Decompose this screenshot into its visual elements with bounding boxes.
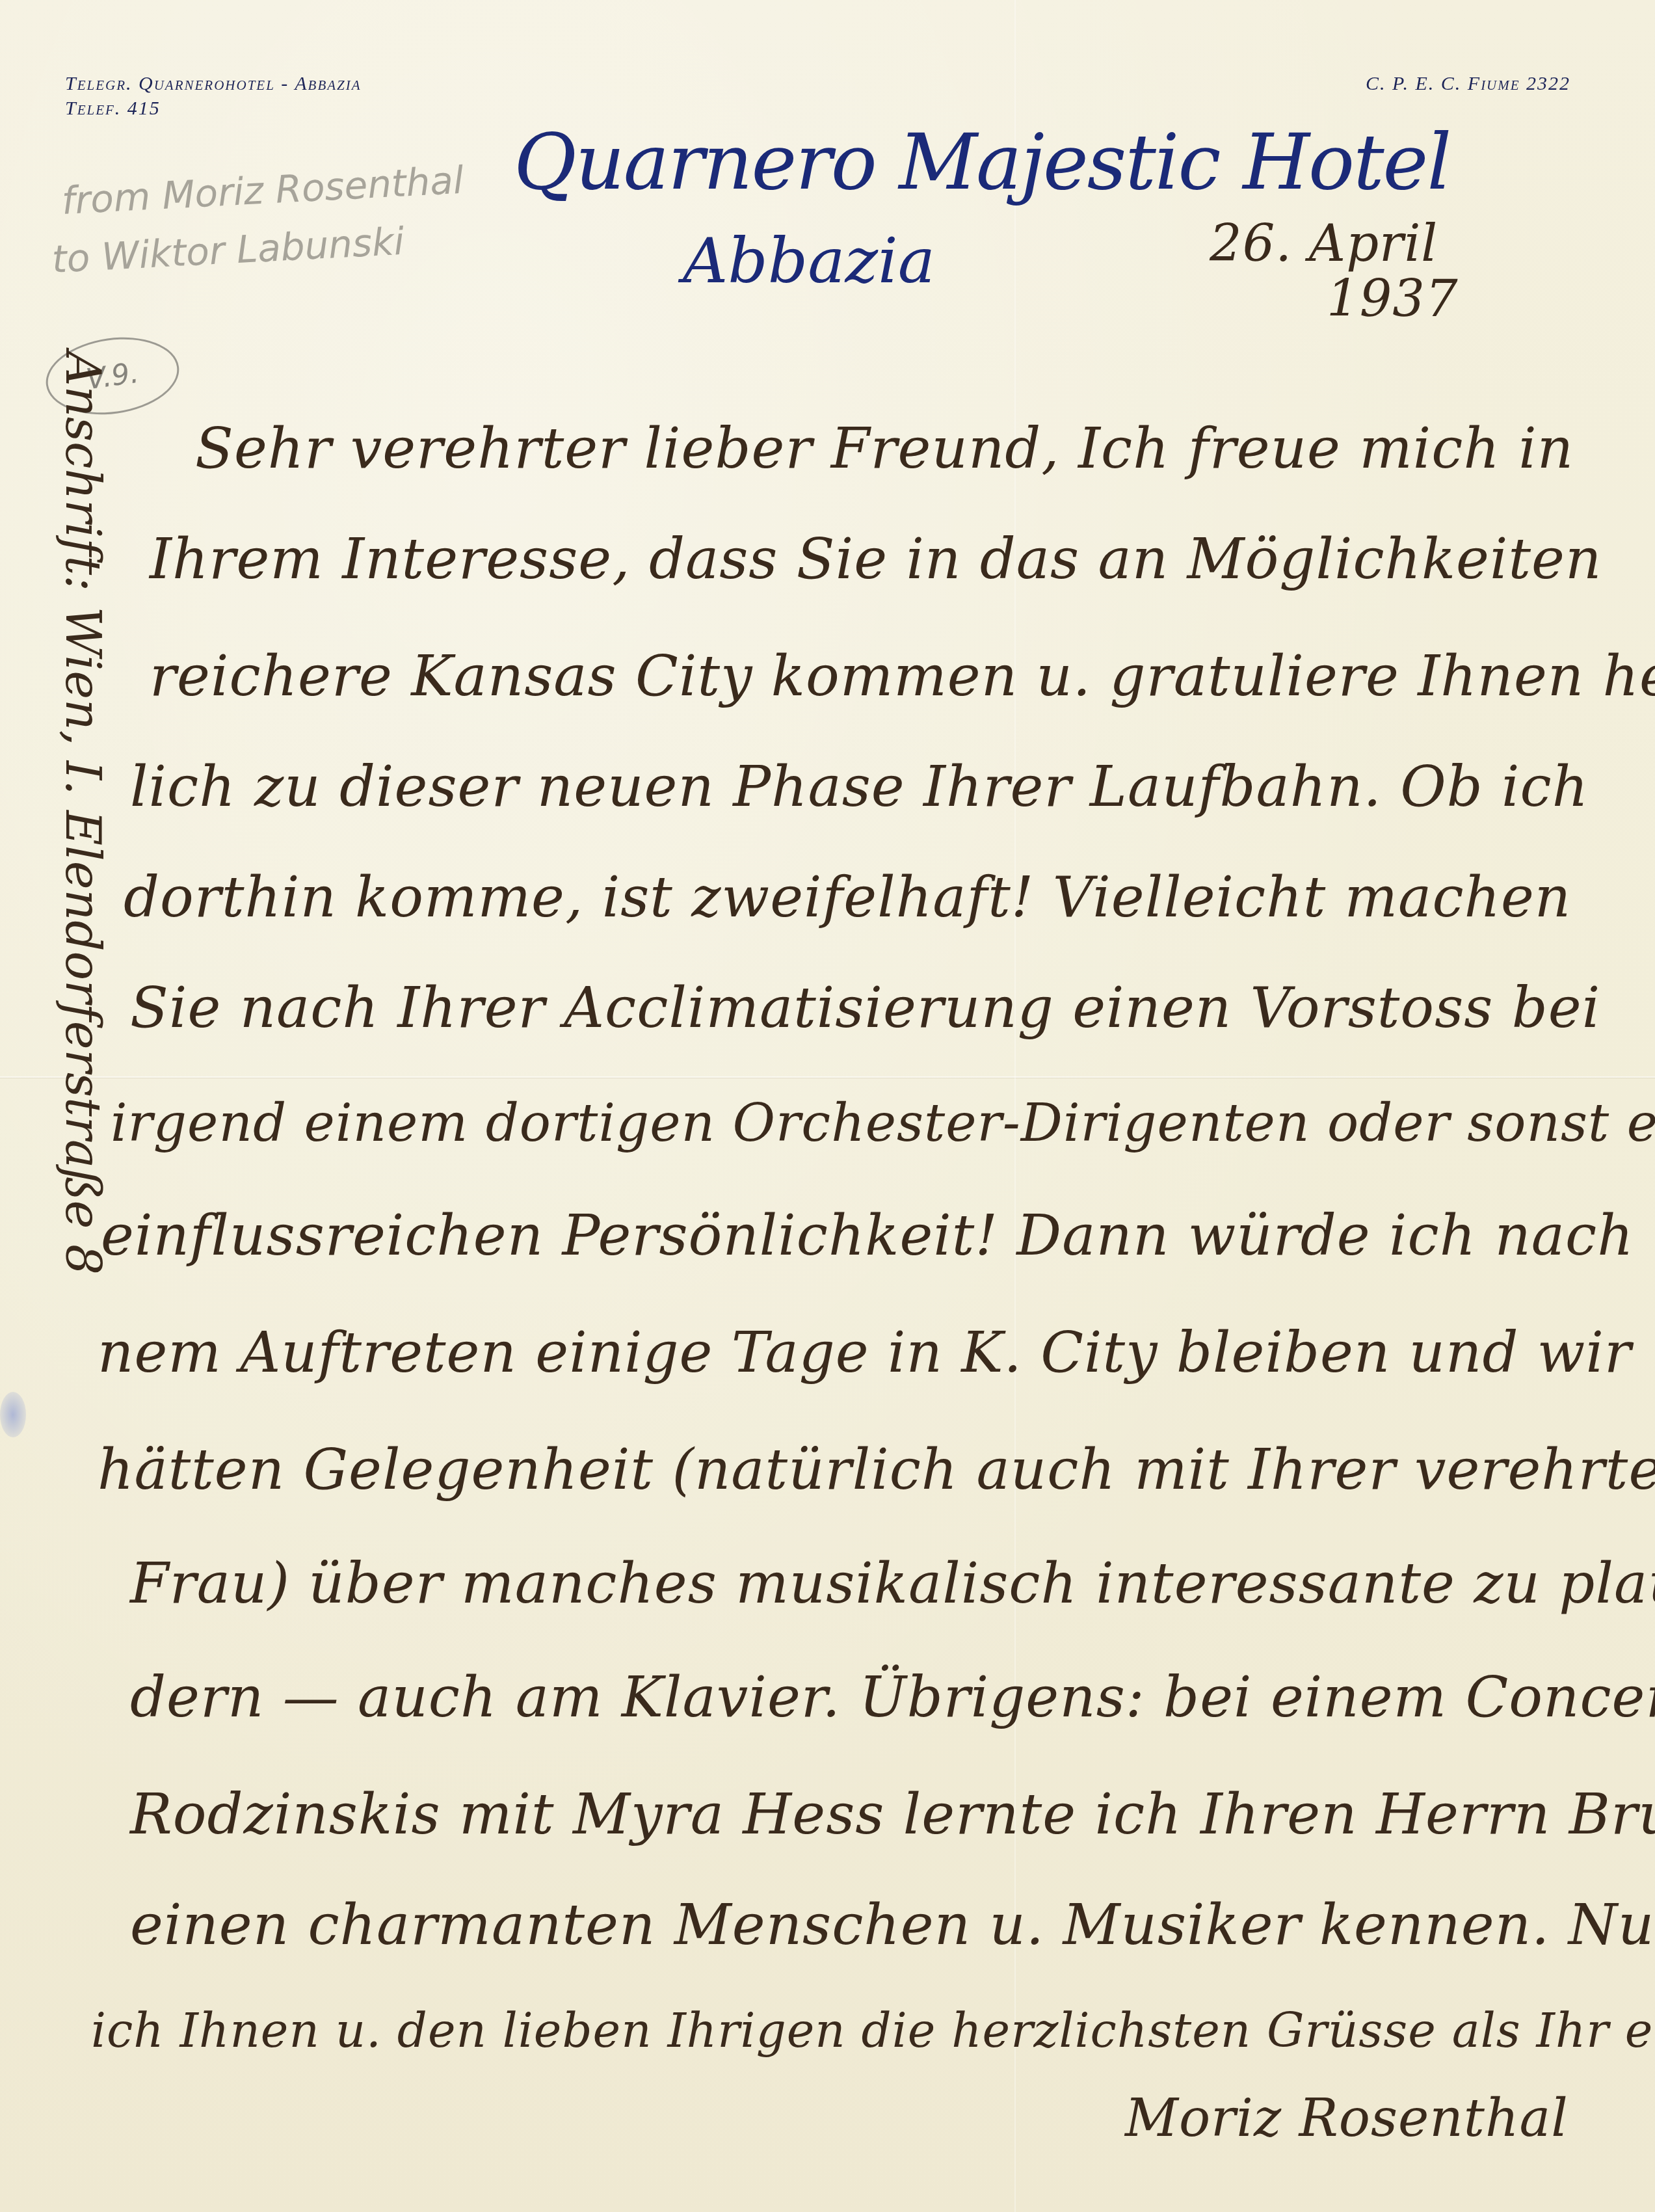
body-line-8: einflussreichen Persönlichkeit! Dann wür… — [101, 1203, 1655, 1268]
body-line-7: irgend einem dortigen Orchester-Dirigent… — [111, 1093, 1655, 1153]
body-line-1: Sehr verehrter lieber Freund, Ich freue … — [195, 416, 1574, 481]
body-line-2: Ihrem Interesse, dass Sie in das an Mögl… — [150, 527, 1602, 592]
body-line-9: nem Auftreten einige Tage in K. City ble… — [98, 1320, 1632, 1385]
body-line-14: einen charmanten Menschen u. Musiker ken… — [130, 1893, 1655, 1958]
body-line-12: dern — auch am Klavier. Übrigens: bei ei… — [130, 1665, 1655, 1730]
body-line-11: Frau) über manches musikalisch interessa… — [130, 1551, 1655, 1616]
letter-date-year: 1937 — [1327, 270, 1459, 328]
signature: Moriz Rosenthal — [1125, 2088, 1569, 2148]
ink-smudge — [0, 1392, 26, 1437]
body-line-4: lich zu dieser neuen Phase Ihrer Laufbah… — [130, 754, 1589, 820]
letter-date-day-month: 26. April — [1210, 215, 1438, 273]
body-line-3: reichere Kansas City kommen u. gratulier… — [150, 644, 1655, 709]
body-line-13: Rodzinskis mit Myra Hess lernte ich Ihre… — [130, 1782, 1655, 1847]
body-line-5: dorthin komme, ist zweifelhaft! Vielleic… — [124, 865, 1571, 930]
body-line-6: Sie nach Ihrer Acclimatisierung einen Vo… — [130, 976, 1600, 1041]
body-line-15: ich Ihnen u. den lieben Ihrigen die herz… — [91, 2003, 1655, 2058]
paper-fold-horizontal — [0, 1076, 1655, 1078]
letterhead-location: Abbazia — [683, 224, 935, 297]
letterhead-hotel-name: Quarnero Majestic Hotel — [514, 117, 1450, 207]
letterhead-telegram: Telegr. Quarnerohotel - Abbazia — [65, 73, 362, 95]
body-line-10: hätten Gelegenheit (natürlich auch mit I… — [98, 1437, 1655, 1502]
letterhead-account: C. P. E. C. Fiume 2322 — [1366, 73, 1570, 95]
margin-address: Anschrift: Wien, I. Elendorferstraße 8 — [55, 351, 111, 1275]
letterhead-telephone: Telef. 415 — [65, 98, 161, 120]
